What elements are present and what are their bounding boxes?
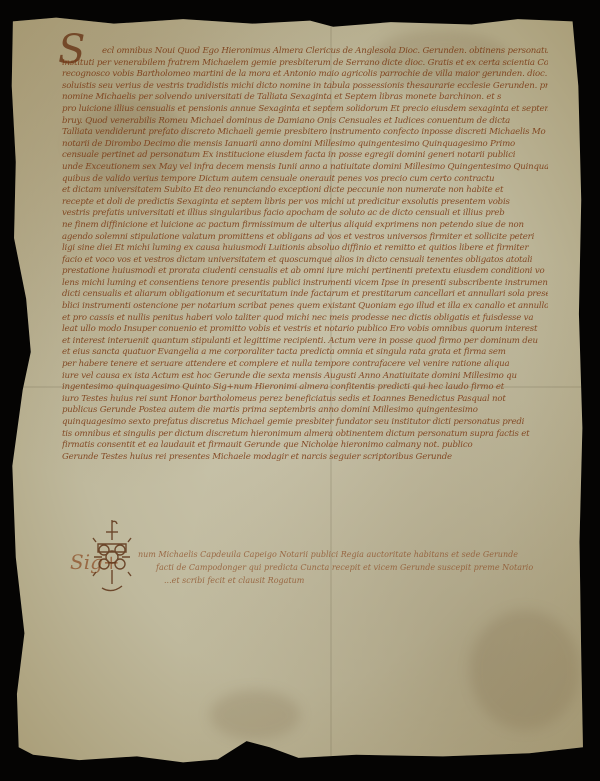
text-line: bruy. Quod venerabilis Romeu Michael dom…: [62, 116, 548, 128]
subscription-line: facti de Campodonger qui predicta Cuncta…: [138, 561, 538, 574]
text-line: facio et voco vos et vestros dictam univ…: [62, 255, 548, 267]
text-line: tis omnibus et singulis per dictum discr…: [62, 429, 548, 441]
text-line: leat ullo modo Insuper conuenio et promi…: [62, 324, 548, 336]
text-line: firmatis consentit et ea laudauit et fir…: [62, 440, 548, 452]
notary-subscription: Sig+ num Michaelis Capdeuila Capeigo Not…: [80, 510, 540, 610]
text-line: per habere tenere et seruare attendere e…: [62, 359, 548, 371]
text-line: prestatione huiusmodi et prorata ciudent…: [62, 266, 548, 278]
text-line: et pro cassis et nullis penitus haberi v…: [62, 313, 548, 325]
text-line: instituti per venerabilem fratrem Michae…: [62, 58, 548, 70]
text-line: censuale pertinet ad personatum Ex insti…: [62, 150, 548, 162]
text-line: Talliata vendiderunt prefato discreto Mi…: [62, 127, 548, 139]
text-line: vestris prefatis universitati et illius …: [62, 208, 548, 220]
text-line: ligi sine diei Et michi luming ex causa …: [62, 243, 548, 255]
text-line: lens michi luming et consentiens tenore …: [62, 278, 548, 290]
text-line: publicus Gerunde Postea autem die martis…: [62, 405, 548, 417]
text-line: notarii de Dirombo Decimo die mensis Ian…: [62, 139, 548, 151]
subscription-text: num Michaelis Capdeuila Capeigo Notarii …: [138, 548, 538, 587]
text-line: ne finem diffinicione et luicione ac pac…: [62, 220, 548, 232]
text-line: [62, 463, 548, 475]
text-line: soluistis seu verius de vestris tradidis…: [62, 81, 548, 93]
text-line: nomine Michaelis per solvendo universita…: [62, 92, 548, 104]
text-line: quibus de valido verius tempore Dictum a…: [62, 174, 548, 186]
text-line: et interest interuenit quantum stipulant…: [62, 336, 548, 348]
text-line: dicti censualis et aliarum obligationum …: [62, 289, 548, 301]
text-line: agendo solemni stipulatione valatum prom…: [62, 232, 548, 244]
notary-signum-icon: [90, 518, 134, 600]
subscription-line: ...et scribi fecit et clausit Rogatum: [138, 574, 538, 587]
document-body: ecl omnibus Noui Quod Ego Hieronimus Alm…: [62, 46, 548, 475]
text-line: et eius sancta quatuor Evangelia a me co…: [62, 347, 548, 359]
subscription-line: num Michaelis Capdeuila Capeigo Notarii …: [138, 548, 538, 561]
text-line: unde Exceutionem sex May vel infra decem…: [62, 162, 548, 174]
text-line: Gerunde Testes huius rei presentes Micha…: [62, 452, 548, 464]
stain: [210, 690, 300, 740]
text-line: recognosco vobis Bartholomeo martini de …: [62, 69, 548, 81]
text-line: iure vel causa ex ista Actum est hoc Ger…: [62, 371, 548, 383]
text-line: recepte et doli de predictis Sexaginta e…: [62, 197, 548, 209]
text-line: ingentesimo quinquagesimo Quinto Sig+num…: [62, 382, 548, 394]
text-line: iuro Testes huius rei sunt Honor barthol…: [62, 394, 548, 406]
text-line: blici instrumenti ostencione per notariu…: [62, 301, 548, 313]
text-line: quinquagesimo sexto prefatus discretus M…: [62, 417, 548, 429]
document-scan: S ecl omnibus Noui Quod Ego Hieronimus A…: [0, 0, 600, 781]
stain: [470, 610, 580, 730]
text-line: et dictam universitatem Subito Et deo re…: [62, 185, 548, 197]
text-line: pro luicione illius censualis et pension…: [62, 104, 548, 116]
text-line: ecl omnibus Noui Quod Ego Hieronimus Alm…: [62, 46, 548, 58]
